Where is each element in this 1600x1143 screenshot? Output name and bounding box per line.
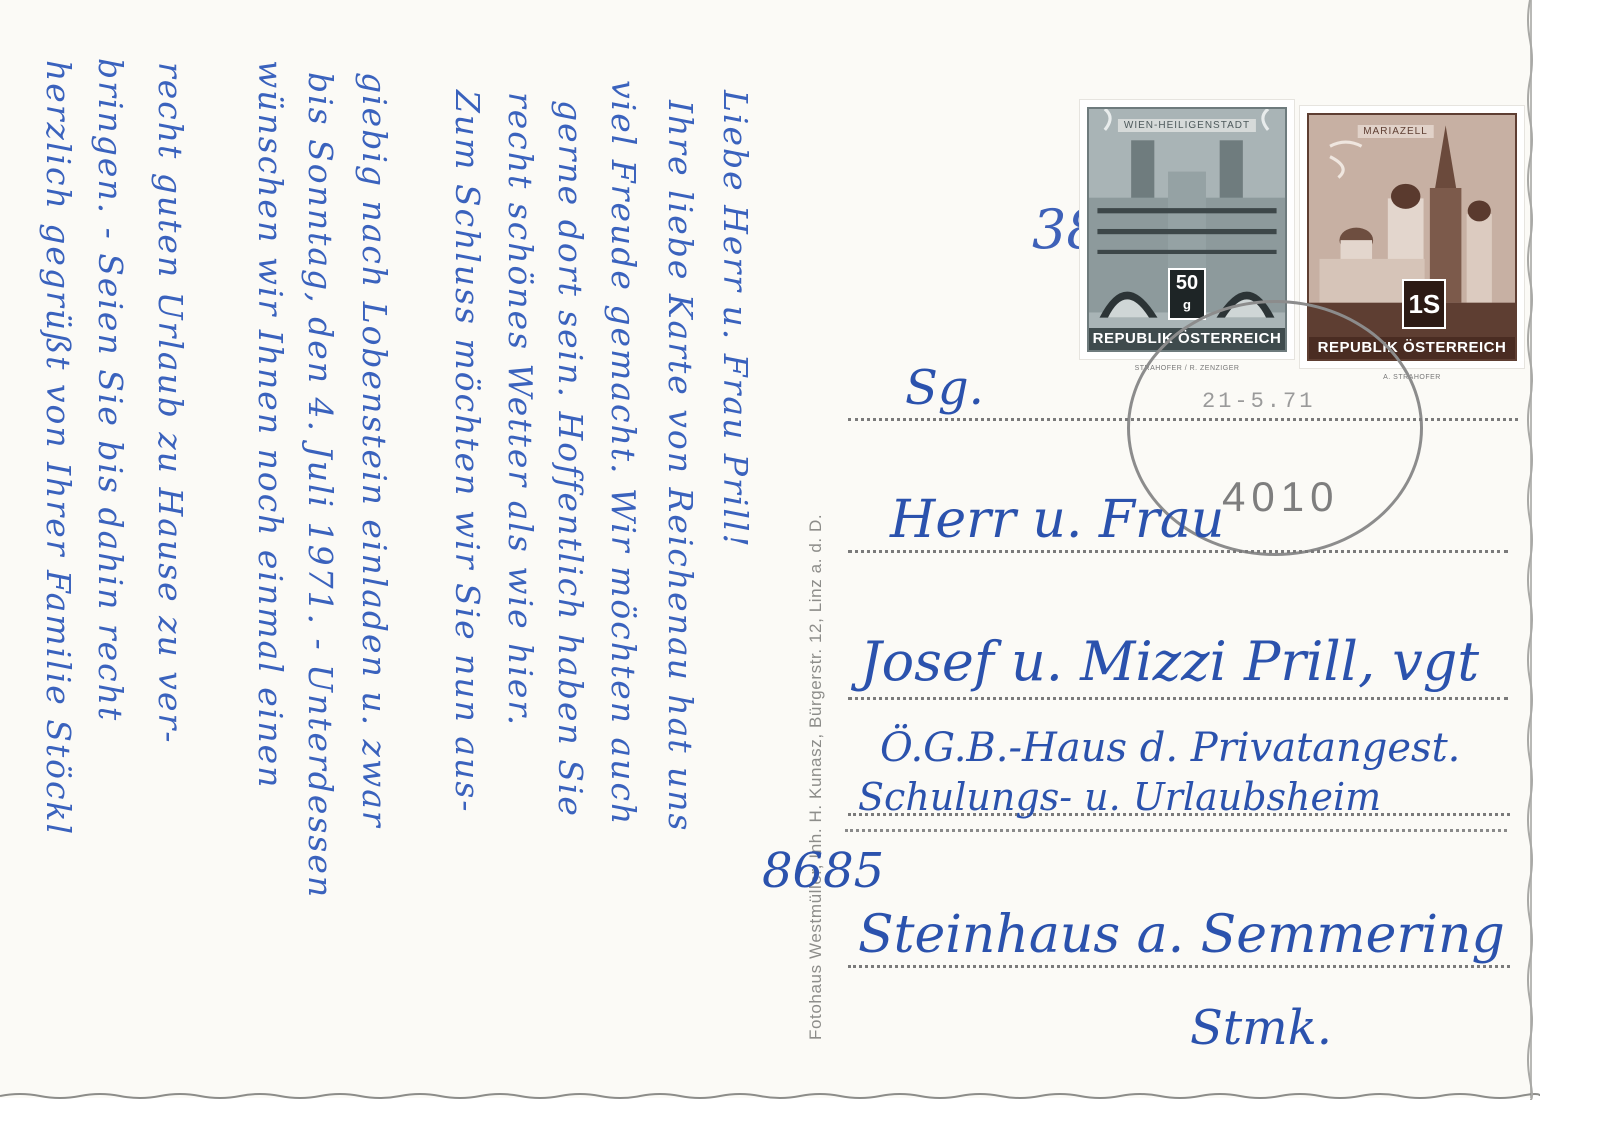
stamp-value-number: 50 bbox=[1176, 272, 1198, 294]
address-divider bbox=[845, 829, 1507, 832]
address-line-rule bbox=[848, 697, 1508, 700]
stamp-caption: WIEN-HEILIGENSTADT bbox=[1118, 119, 1256, 132]
message-line: gerne dort sein. Hoffentlich haben Sie bbox=[551, 100, 590, 818]
address-region: Stmk. bbox=[1190, 1000, 1332, 1056]
message-line: Ihre liebe Karte von Reichenau hat uns bbox=[661, 100, 700, 833]
stamp-value: 1S bbox=[1402, 279, 1446, 329]
postcard: Liebe Herr u. Frau Prill! Ihre liebe Kar… bbox=[0, 0, 1532, 1098]
address-line-rule bbox=[848, 550, 1508, 553]
message-line: Zum Schluss möchten wir Sie nun aus- bbox=[448, 90, 487, 813]
stamp-caption: MARIAZELL bbox=[1357, 125, 1434, 138]
postmark-postal-code: 4010 bbox=[1222, 473, 1339, 521]
address-line-4: Schulungs- u. Urlaubsheim bbox=[858, 775, 1381, 819]
address-line-3: Ö.G.B.-Haus d. Privatangest. bbox=[880, 725, 1460, 771]
message-line: recht guten Urlaub zu Hause zu ver- bbox=[151, 62, 190, 744]
address-line-2: Josef u. Mizzi Prill, vgt bbox=[860, 630, 1479, 693]
stamp-value-unit: g bbox=[1170, 294, 1204, 316]
message-line: bis Sonntag, den 4. Juli 1971. - Unterde… bbox=[301, 72, 340, 899]
address-line-1: Herr u. Frau bbox=[890, 490, 1224, 550]
message-line: viel Freude gemacht. Wir möchten auch bbox=[604, 80, 643, 826]
message-line: herzlich gegrüßt von Ihrer Familie Stöck… bbox=[39, 60, 78, 836]
message-line: wünschen wir Ihnen noch einmal einen bbox=[251, 60, 290, 789]
message-line: giebig nach Lobenstein einladen u. zwar bbox=[355, 72, 394, 829]
deckled-edge-right bbox=[1524, 0, 1536, 1100]
deckled-edge-bottom bbox=[0, 1090, 1540, 1104]
stamp-value: 50 g bbox=[1168, 268, 1206, 320]
publisher-imprint: Fotohaus Westmüller, Inh. H. Kunasz, Bür… bbox=[806, 514, 826, 1040]
address-line-rule bbox=[848, 965, 1510, 968]
address-salutation: Sg. bbox=[905, 360, 984, 416]
address-line-rule bbox=[848, 418, 1518, 421]
postmark-date: 21-5.71 bbox=[1202, 389, 1315, 414]
message-line: Liebe Herr u. Frau Prill! bbox=[716, 90, 755, 549]
address-city: Steinhaus a. Semmering bbox=[858, 905, 1505, 965]
message-line: recht schönes Wetter als wie hier. bbox=[501, 92, 540, 727]
message-line: bringen. - Seien Sie bis dahin recht bbox=[91, 58, 130, 722]
address-postal-code: 8685 bbox=[762, 843, 884, 899]
